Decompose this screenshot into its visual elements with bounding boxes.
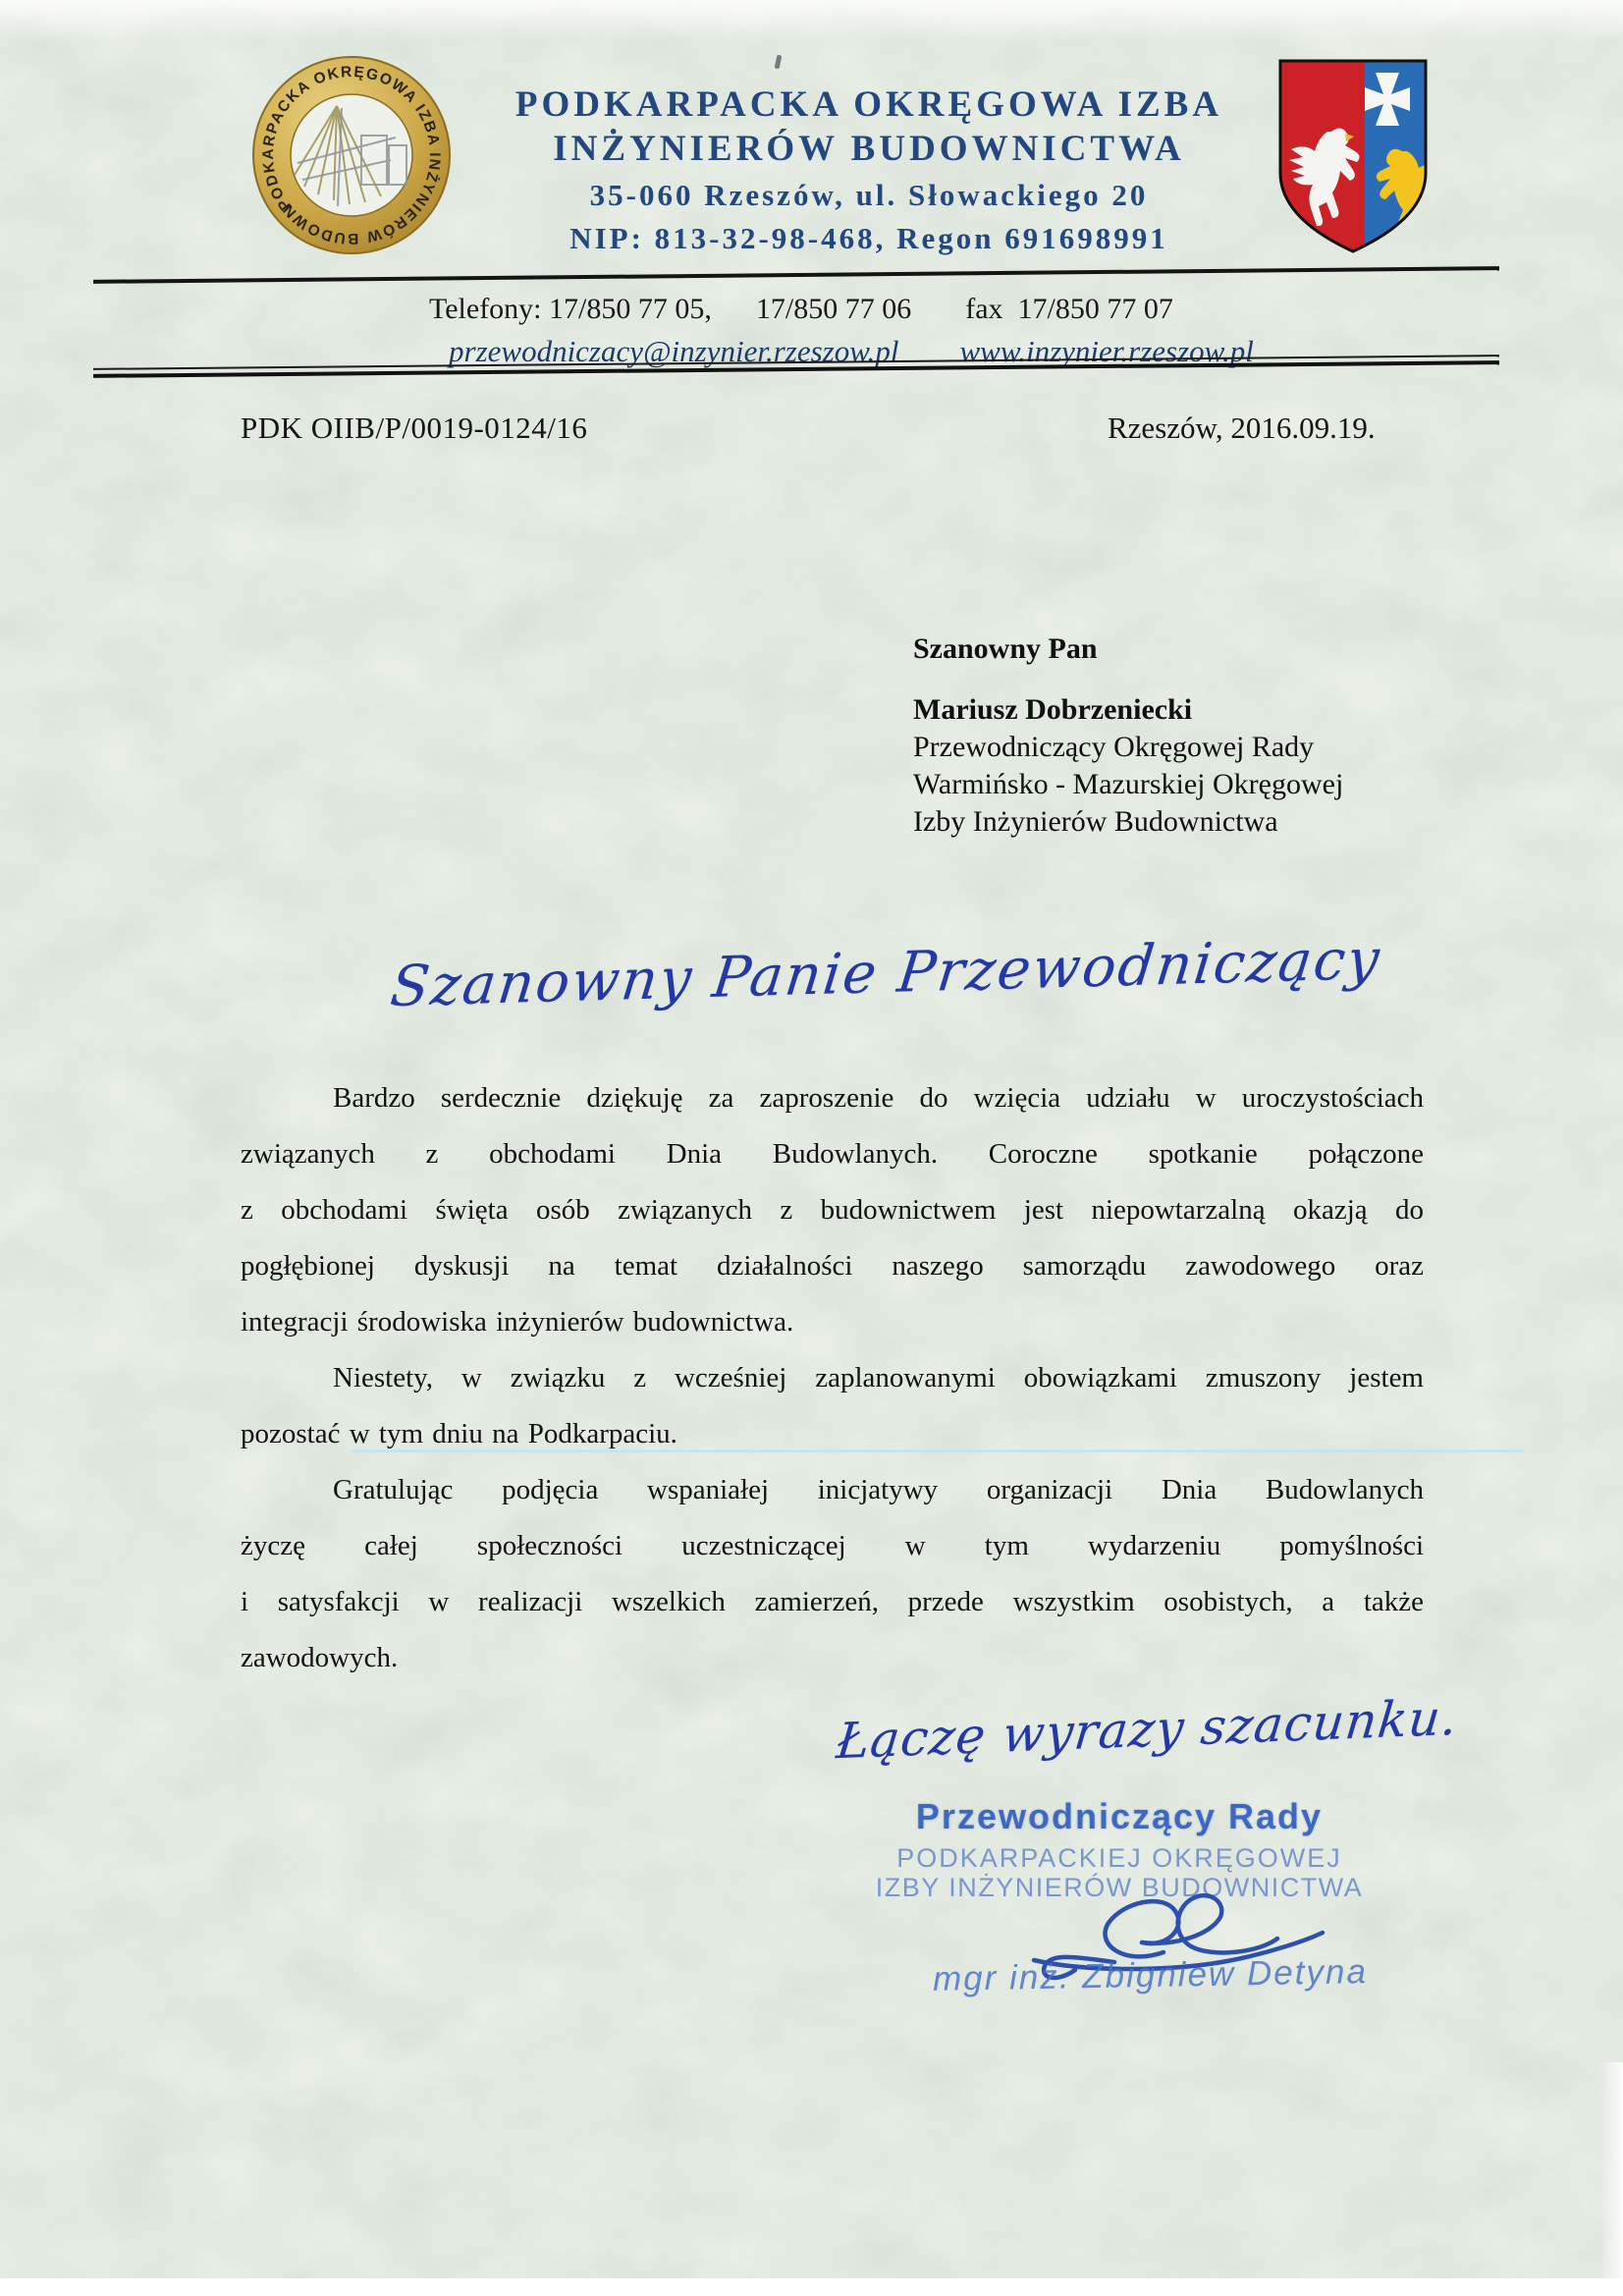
spacer xyxy=(911,293,965,326)
handwritten-greeting: Szanowny Panie Przewodniczący xyxy=(387,927,1383,1019)
body-line: Niestety, w związku z wcześniej zaplanow… xyxy=(241,1350,1424,1406)
org-nip-regon: NIP: 813-32-98-468, Regon 691698991 xyxy=(452,217,1286,259)
stamp-org-line1: PODKARPACKIEJ OKRĘGOWEJ xyxy=(874,1843,1365,1873)
body-line: integracji środowiska inżynierów budowni… xyxy=(241,1294,1424,1350)
org-address: 35-060 Rzeszów, ul. Słowackiego 20 xyxy=(452,173,1286,217)
body-line: Bardzo serdecznie dziękuję za zaproszeni… xyxy=(241,1070,1424,1126)
org-name-line2: INŻYNIERÓW BUDOWNICTWA xyxy=(452,127,1286,171)
body-line: i satysfakcji w realizacji wszelkich zam… xyxy=(241,1574,1424,1630)
header-divider-top xyxy=(93,266,1499,284)
scan-blue-line-artifact xyxy=(352,1449,1525,1452)
fax-number: fax 17/850 77 07 xyxy=(965,293,1173,326)
body-line: związanych z obchodami Dnia Budowlanych.… xyxy=(241,1126,1424,1182)
scan-edge-bottom xyxy=(0,2278,1623,2296)
letter-body: Bardzo serdecznie dziękuję za zaproszeni… xyxy=(241,1070,1424,1686)
body-line: zawodowych. xyxy=(241,1630,1424,1686)
recipient-salutation: Szanowny Pan xyxy=(913,630,1343,668)
institute-round-seal: PODKARPACKA OKRĘGOWA IZBA INŻYNIERÓW BUD… xyxy=(247,51,456,259)
phone-2: 17/850 77 06 xyxy=(756,293,911,326)
org-name-line1: PODKARPACKA OKRĘGOWA IZBA xyxy=(452,82,1286,127)
recipient-name: Mariusz Dobrzeniecki xyxy=(913,691,1343,729)
body-line: pogłębionej dyskusji na temat działalnoś… xyxy=(241,1238,1424,1294)
scanned-letter-page: PODKARPACKA OKRĘGOWA IZBA INŻYNIERÓW BUD… xyxy=(0,0,1623,2296)
scan-speck-artifact xyxy=(775,55,783,70)
body-line: pozostać w tym dniu na Podkarpaciu. xyxy=(241,1406,1424,1462)
stamp-title: Przewodniczący Rady xyxy=(874,1795,1365,1838)
handwritten-closing: Łączę wyrazy szacunku. xyxy=(834,1689,1460,1771)
reference-number: PDK OIIB/P/0019-0124/16 xyxy=(241,410,587,446)
scan-edge-right xyxy=(1600,2062,1623,2296)
recipient-block: Szanowny Pan Mariusz Dobrzeniecki Przewo… xyxy=(913,630,1343,841)
phones-label: Telefony: 17/850 77 05, xyxy=(429,293,712,326)
spacer xyxy=(712,293,756,326)
phone-row: Telefony: 17/850 77 05, 17/850 77 06 fax… xyxy=(429,293,1254,326)
letterhead: PODKARPACKA OKRĘGOWA IZBA INŻYNIERÓW BUD… xyxy=(452,82,1286,259)
podkarpackie-coat-of-arms xyxy=(1276,57,1430,255)
stamp-signer-name: mgr inż. Zbigniew Detyna xyxy=(933,1952,1369,1999)
recipient-title-2: Warmińsko - Mazurskiej Okręgowej xyxy=(913,766,1343,803)
recipient-title-1: Przewodniczący Okręgowej Rady xyxy=(913,729,1343,766)
body-line: z obchodami święta osób związanych z bud… xyxy=(241,1182,1424,1238)
place-and-date: Rzeszów, 2016.09.19. xyxy=(1108,410,1376,446)
recipient-title-3: Izby Inżynierów Budownictwa xyxy=(913,803,1343,841)
body-line: życzę całej społeczności uczestniczącej … xyxy=(241,1518,1424,1574)
scan-edge-top xyxy=(0,0,1623,41)
body-line: Gratulując podjęcia wspaniałej inicjatyw… xyxy=(241,1462,1424,1518)
